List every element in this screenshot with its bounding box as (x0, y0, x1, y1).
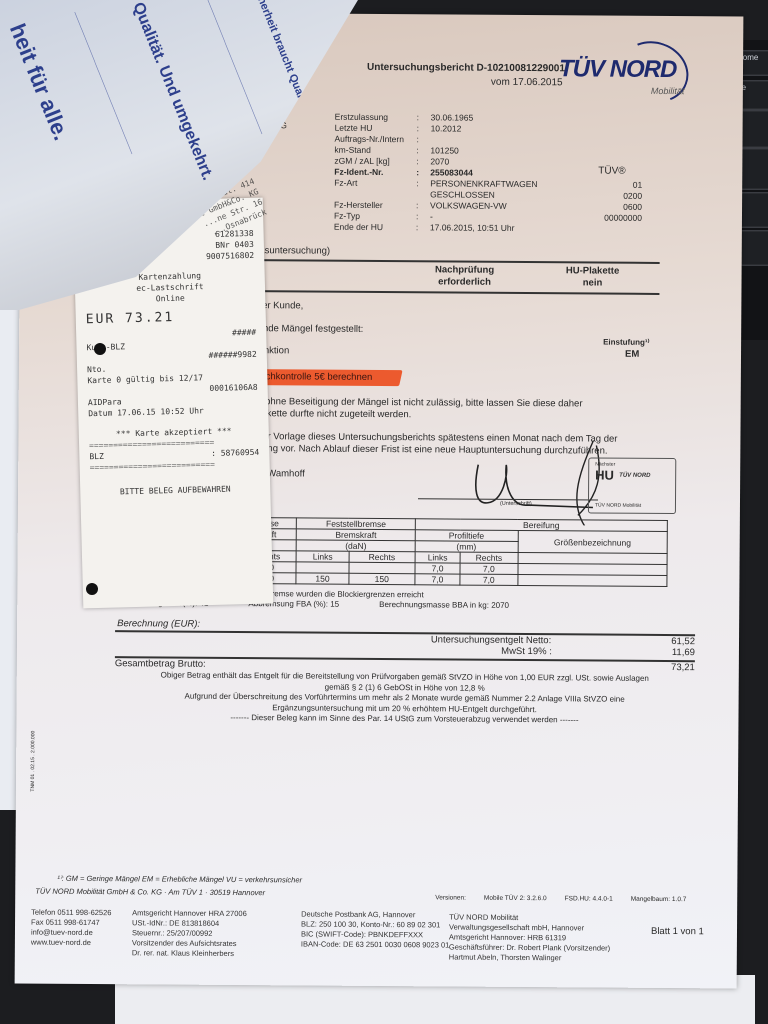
receipt-blz-value: : 58760954 (211, 447, 259, 459)
field-colon: : (417, 123, 431, 134)
field-label (334, 189, 416, 201)
versions: Versionen:Mobile TÜV 2: 3.2.6.0FSD.HU: 4… (435, 894, 686, 903)
brakes-unit: (daN) (297, 540, 415, 552)
calc-notes: Obiger Betrag enthält das Entgelt für di… (114, 670, 694, 727)
brakes-cell: 7,0 (460, 574, 517, 585)
result-col1-line2: erforderlich (409, 276, 519, 289)
einstufung-label: Einstufung¹⁾ (603, 338, 649, 347)
field-colon: : (416, 178, 430, 189)
punch-hole (86, 583, 98, 595)
field-label: Ende der HU (334, 222, 416, 234)
receipt-amount: EUR 73.21 (86, 310, 256, 325)
signature-label: (Unterschrift) (500, 501, 532, 507)
field-colon: : (416, 156, 430, 167)
field-code (600, 136, 642, 147)
field-colon: : (416, 211, 430, 222)
hu-stamp-bottom: TÜV NORD Mobilität (595, 503, 641, 509)
vehicle-fields: Erstzulassung:30.06.1965Letzte HU:10.201… (334, 112, 643, 235)
footer-registry: Amtsgericht Hannover HRA 27006USt.-IdNr.… (132, 908, 247, 959)
footer-line: Fax 0511 998-61747 (31, 918, 111, 929)
result-hu-plakette: HU-Plakette nein (547, 265, 637, 290)
flyer-text: ————————————————— (201, 0, 268, 136)
field-colon: : (417, 112, 431, 123)
brakes-unit: (mm) (415, 541, 518, 553)
brakes-side-label: Links (297, 551, 349, 562)
key-arrow (738, 230, 768, 266)
footer-contact: Telefon 0511 998-62526Fax 0511 998-61747… (31, 908, 112, 949)
brakes-cell (349, 562, 415, 573)
report-title: Untersuchungsbericht D-10210081229001 (367, 62, 565, 74)
field-code: 0600 (600, 202, 642, 213)
total-value: 73,21 (671, 662, 695, 673)
footer-line: www.tuev-nord.de (31, 938, 111, 949)
logo-sub: Mobilität (651, 86, 685, 96)
field-label: Erstzulassung (335, 112, 417, 124)
field-colon: : (416, 167, 430, 178)
brakes-table: sbremse Feststellbremse Bereifung mskraf… (227, 517, 667, 587)
field-row: Ende der HU:17.06.2015, 10:51 Uhr (334, 222, 642, 235)
brakes-cell: 7,0 (415, 574, 460, 585)
receipt-line-value: 00016106A8 (209, 382, 257, 394)
calc-lines: Untersuchungsentgelt Netto:61,52MwSt 19%… (115, 632, 695, 658)
receipt-lines: #####Kurz-BLZ######9982Nto.Karte 0 gülti… (86, 327, 258, 419)
stat-mass: Berechnungsmasse BBA in kg: 2070 (379, 600, 509, 610)
footer-line: IBAN-Code: DE 63 2501 0030 0608 9023 01 (301, 939, 450, 950)
receipt-line-label: Nto. (87, 364, 107, 376)
receipt-line-label: AIDPara (88, 396, 122, 408)
field-colon: : (416, 145, 430, 156)
tuev-mark: TÜV® (598, 166, 625, 177)
version-item: Mangelbaum: 1.0.7 (631, 896, 687, 903)
field-colon: : (416, 222, 430, 233)
field-label: Fz-Art (334, 178, 416, 190)
field-label: Fz-Typ (334, 211, 416, 223)
field-colon: : (416, 134, 430, 145)
version-item: Versionen: (435, 894, 466, 901)
brakes-cell: 7,0 (415, 563, 460, 574)
field-code (601, 114, 643, 125)
brakes-cell: 7,0 (460, 563, 517, 574)
footer-line: Dr. rer. nat. Klaus Kleinherbers (132, 948, 247, 959)
brakes-side-label: Rechts (460, 552, 517, 563)
company-line: TÜV NORD Mobilität GmbH & Co. KG · Am TÜ… (35, 887, 265, 898)
report-number: D-10210081229001 (476, 63, 564, 75)
report-title-text: Untersuchungsbericht (367, 62, 474, 74)
flyer-headline-1: heit für alle. (4, 20, 74, 144)
footer-bank: Deutsche Postbank AG, HannoverBLZ: 250 1… (301, 909, 450, 950)
field-label: Fz-Ident.-Nr. (334, 167, 416, 179)
footer-line: Telefon 0511 998-62526 (31, 908, 111, 919)
rating-legend: ¹⁾: GM = Geringe Mängel EM = Erhebliche … (57, 874, 302, 885)
footer-line: info@tuev-nord.de (31, 928, 111, 939)
field-label: Fz-Hersteller (334, 200, 416, 212)
result-col2-line2: nein (547, 277, 637, 290)
receipt-line-value: ##### (232, 327, 256, 339)
form-id: TNM 01 . 02.15 . 2.000.000 (30, 731, 36, 792)
field-label: Auftrags-Nr./Intern (334, 134, 416, 146)
brakes-cell (296, 562, 348, 573)
brakes-cell (517, 574, 667, 586)
brakes-subheader: Profiltiefe (415, 530, 518, 542)
flyer-text: ————————————————— (71, 10, 138, 156)
brakes-side-label: Rechts (349, 551, 415, 562)
calc-heading: Berechnung (EUR): (117, 618, 200, 630)
brakes-header: Feststellbremse (297, 518, 415, 530)
calc-value: 11,69 (672, 647, 695, 658)
brakes-cell: 150 (296, 573, 348, 584)
field-code (601, 125, 643, 136)
hu-stamp-brand: TÜV NORD (619, 473, 650, 479)
field-code (600, 224, 642, 235)
hu-stamp-main: HU (595, 468, 614, 483)
paragraph-1: hrzeugs ohne Beseitigung der Mängel ist … (229, 396, 583, 422)
footer-management: TÜV NORD MobilitätVerwaltungsgesellschaf… (449, 912, 611, 963)
receipt-blz-label: BLZ (89, 451, 104, 462)
punch-hole (94, 343, 106, 355)
tuev-nord-logo: TÜV NORD Mobilität (559, 55, 677, 84)
field-code: 00000000 (600, 213, 642, 224)
field-label: km-Stand (334, 145, 416, 157)
field-code: 0200 (600, 191, 642, 202)
field-colon (416, 189, 430, 200)
field-colon: : (416, 200, 430, 211)
footer-line: Hartmut Abeln, Thorsten Walinger (449, 952, 610, 963)
field-code (600, 147, 642, 158)
paragraph-1-line-2: e Prüfplakette durfte nicht zugeteilt we… (229, 408, 583, 422)
hu-stamp: Nächster HU TÜV NORD TÜV NORD Mobilität (588, 457, 676, 514)
defect-rating: EM (625, 349, 639, 361)
field-code: 01 (600, 180, 642, 191)
version-item: Mobile TÜV 2: 3.2.6.0 (484, 895, 547, 902)
field-value: 17.06.2015, 10:51 Uhr (430, 222, 600, 234)
receipt-terminal-line-value: 9007516802 (206, 250, 254, 262)
result-col1-line1: Nachprüfung (410, 264, 520, 277)
brakes-subheader: Größenbezeichnung (518, 530, 668, 553)
brakes-row: 2101501507,07,0 (228, 572, 667, 586)
receipt-line-value: ######9982 (208, 349, 256, 361)
field-label: Letzte HU (335, 123, 417, 135)
divider (230, 259, 660, 264)
report-date: vom 17.06.2015 (491, 77, 563, 89)
divider (229, 290, 659, 295)
flyer-headline-2: Qualität. Und umgekehrt. (128, 0, 216, 183)
logo-arc-icon (611, 32, 698, 113)
brakes-cell: 150 (349, 573, 415, 584)
receipt-footer: BITTE BELEG AUFBEWAHREN (90, 483, 260, 498)
brakes-subheader: Bremskraft (297, 529, 415, 541)
result-nachpruefung: Nachprüfung erforderlich (409, 264, 519, 289)
page-indicator: Blatt 1 von 1 (651, 926, 704, 937)
total-label: Gesamtbetrag Brutto: (115, 658, 206, 670)
calc-value: 61,52 (671, 636, 695, 647)
result-col2-line1: HU-Plakette (548, 265, 638, 278)
brakes-side-label: Links (415, 552, 460, 563)
version-item: FSD.HU: 4.4.0-1 (565, 895, 613, 902)
field-label: zGM / zAL [kg] (334, 156, 416, 168)
receipt-line-label: Datum 17.06.15 10:52 Uhr (88, 405, 204, 419)
